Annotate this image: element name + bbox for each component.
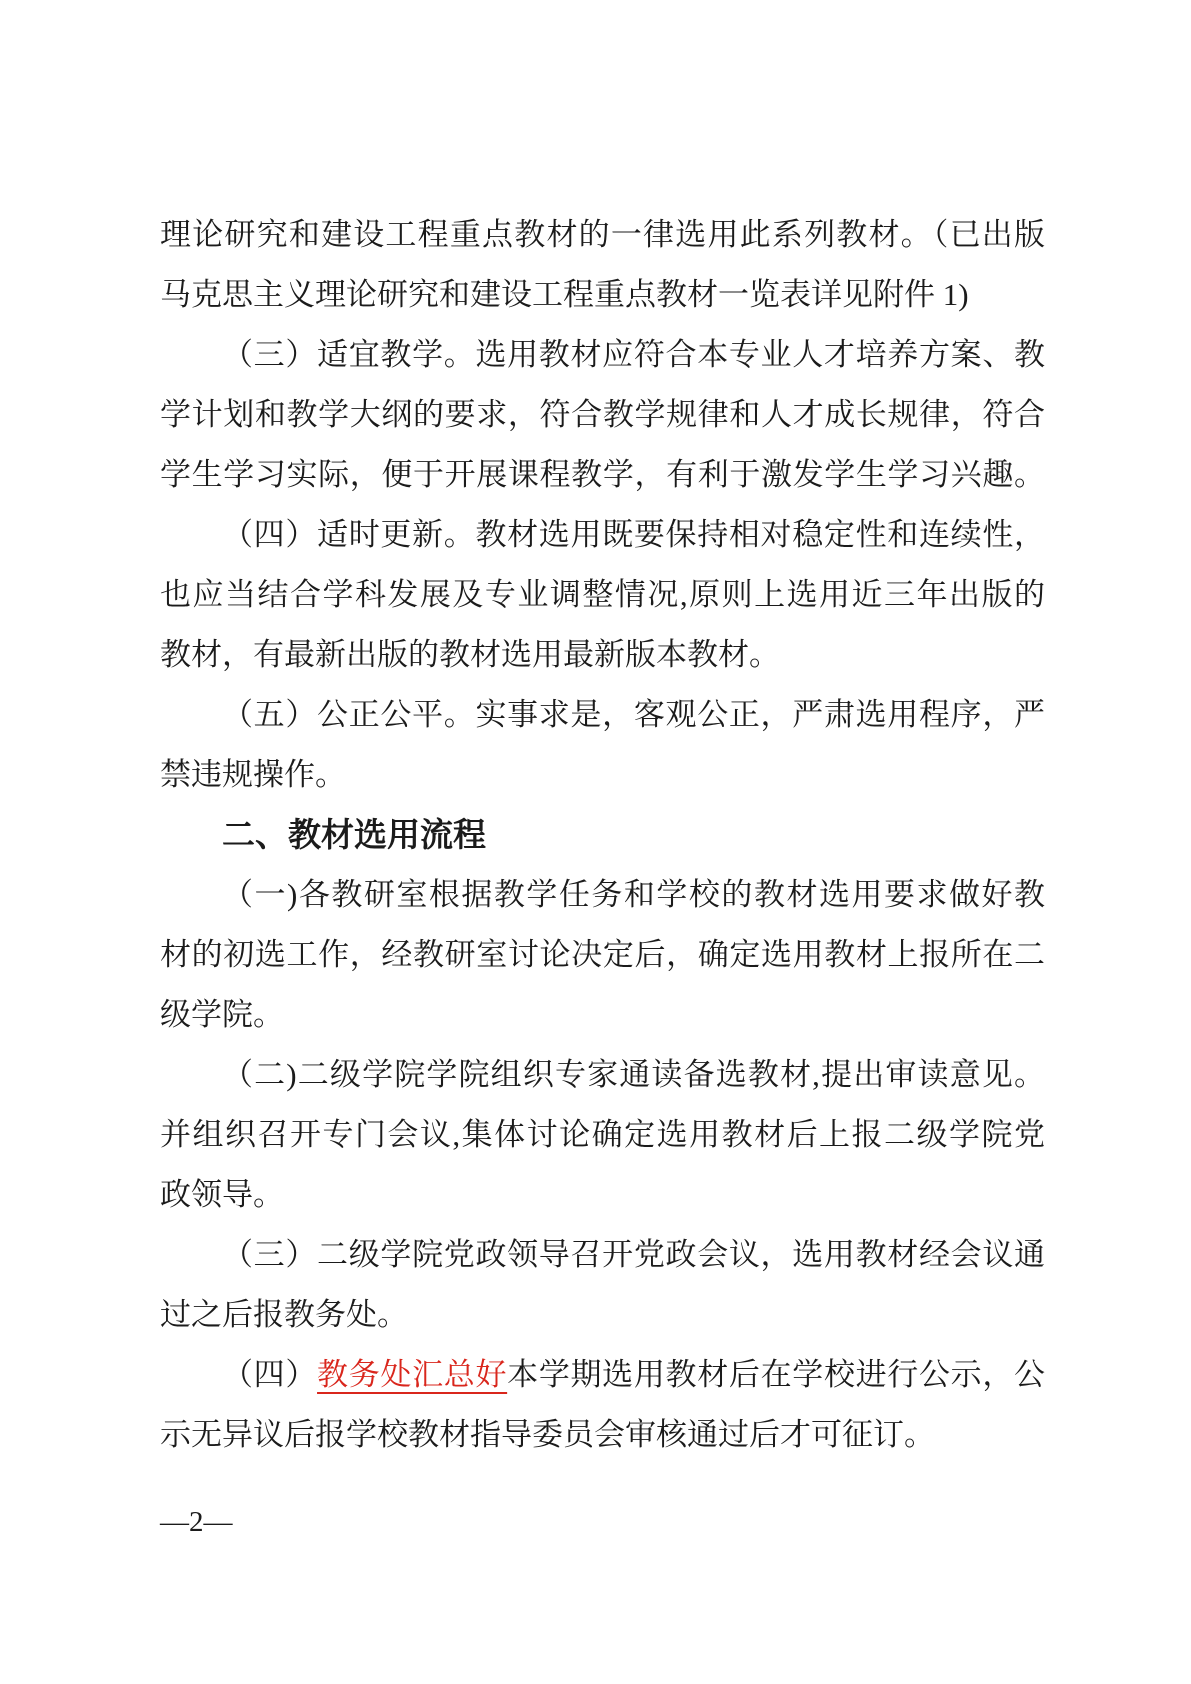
text-line: 学计划和教学大纲的要求，符合教学规律和人才成长规律，符合 [160, 385, 1045, 445]
text-line: （一)各教研室根据教学任务和学校的教材选用要求做好教 [160, 865, 1045, 925]
text-line: （四）教务处汇总好本学期选用教材后在学校进行公示，公 [160, 1345, 1045, 1405]
text-segment: 示无异议后报学校教材指导委员会审核通过后才可征订。 [160, 1417, 935, 1452]
text-line: 马克思主义理论研究和建设工程重点教材一览表详见附件 1) [160, 265, 1045, 325]
text-segment: 二、教材选用流程 [222, 815, 486, 854]
document-page: 理论研究和建设工程重点教材的一律选用此系列教材。（已出版马克思主义理论研究和建设… [0, 0, 1191, 1684]
text-segment: 材的初选工作，经教研室讨论决定后，确定选用教材上报所在二 [160, 937, 1045, 972]
text-line: （二)二级学院学院组织专家通读备选教材,提出审读意见。 [160, 1045, 1045, 1105]
text-line: 理论研究和建设工程重点教材的一律选用此系列教材。（已出版 [160, 205, 1045, 265]
text-line: 学生学习实际，便于开展课程教学，有利于激发学生学习兴趣。 [160, 445, 1045, 505]
text-segment: （二)二级学院学院组织专家通读备选教材,提出审读意见。 [222, 1057, 1045, 1092]
text-line: 示无异议后报学校教材指导委员会审核通过后才可征订。 [160, 1405, 1045, 1465]
text-line: （三）适宜教学。选用教材应符合本专业人才培养方案、教 [160, 325, 1045, 385]
text-line: 过之后报教务处。 [160, 1285, 1045, 1345]
text-line: 并组织召开专门会议,集体讨论确定选用教材后上报二级学院党 [160, 1105, 1045, 1165]
text-line: 政领导。 [160, 1165, 1045, 1225]
text-segment: 也应当结合学科发展及专业调整情况,原则上选用近三年出版的 [160, 577, 1045, 612]
text-segment: （三）二级学院党政领导召开党政会议，选用教材经会议通 [222, 1237, 1045, 1272]
text-segment: （四）适时更新。教材选用既要保持相对稳定性和连续性， [222, 517, 1045, 552]
section-heading: 二、教材选用流程 [160, 805, 1045, 865]
text-segment: 教材，有最新出版的教材选用最新版本教材。 [160, 637, 780, 672]
text-segment: 级学院。 [160, 997, 284, 1032]
text-segment: 禁违规操作。 [160, 757, 346, 792]
text-segment: （四） [222, 1357, 317, 1392]
text-line: 禁违规操作。 [160, 745, 1045, 805]
text-segment: 政领导。 [160, 1177, 284, 1212]
revision-red-text: 教务处汇总好 [317, 1357, 507, 1392]
text-line: 级学院。 [160, 985, 1045, 1045]
text-line: （五）公正公平。实事求是，客观公正，严肃选用程序，严 [160, 685, 1045, 745]
document-body: 理论研究和建设工程重点教材的一律选用此系列教材。（已出版马克思主义理论研究和建设… [160, 205, 1045, 1465]
text-segment: 学生学习实际，便于开展课程教学，有利于激发学生学习兴趣。 [160, 457, 1045, 492]
text-line: 也应当结合学科发展及专业调整情况,原则上选用近三年出版的 [160, 565, 1045, 625]
text-segment: 理论研究和建设工程重点教材的一律选用此系列教材。（已出版 [160, 217, 1045, 252]
text-segment: 过之后报教务处。 [160, 1297, 408, 1332]
text-line: （三）二级学院党政领导召开党政会议，选用教材经会议通 [160, 1225, 1045, 1285]
text-segment: 马克思主义理论研究和建设工程重点教材一览表详见附件 1) [160, 277, 969, 312]
page-number: —2— [160, 1492, 233, 1552]
text-segment: 本学期选用教材后在学校进行公示，公 [507, 1357, 1045, 1392]
text-segment: （一)各教研室根据教学任务和学校的教材选用要求做好教 [222, 877, 1045, 912]
text-segment: 学计划和教学大纲的要求，符合教学规律和人才成长规律，符合 [160, 397, 1045, 432]
text-segment: 并组织召开专门会议,集体讨论确定选用教材后上报二级学院党 [160, 1117, 1045, 1152]
text-segment: （五）公正公平。实事求是，客观公正，严肃选用程序，严 [222, 697, 1045, 732]
text-line: （四）适时更新。教材选用既要保持相对稳定性和连续性， [160, 505, 1045, 565]
text-line: 教材，有最新出版的教材选用最新版本教材。 [160, 625, 1045, 685]
text-line: 材的初选工作，经教研室讨论决定后，确定选用教材上报所在二 [160, 925, 1045, 985]
text-segment: （三）适宜教学。选用教材应符合本专业人才培养方案、教 [222, 337, 1045, 372]
